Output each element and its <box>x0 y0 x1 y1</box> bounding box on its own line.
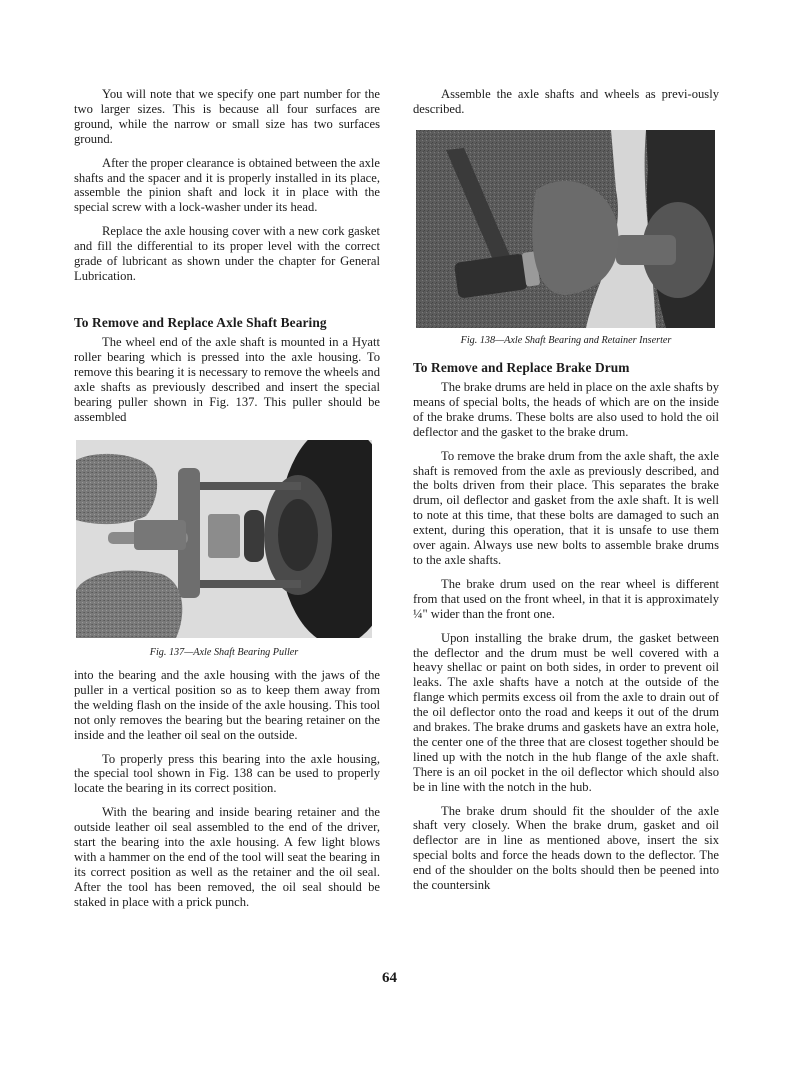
paragraph-assemble-shafts: Assemble the axle shafts and wheels as p… <box>413 87 719 117</box>
paragraph-install-brake-drum: Upon installing the brake drum, the gask… <box>413 631 719 795</box>
paragraph-rear-drum-width: The brake drum used on the rear wheel is… <box>413 577 719 622</box>
figure-138-caption-text: Fig. 138—Axle Shaft Bearing and Retainer… <box>461 335 672 346</box>
right-column-top-text: Assemble the axle shafts and wheels as p… <box>413 87 719 117</box>
paragraph-hyatt-bearing: The wheel end of the axle shaft is mount… <box>74 335 380 424</box>
paragraph-housing-cover: Replace the axle housing cover with a ne… <box>74 224 380 284</box>
paragraph-remove-brake-drum: To remove the brake drum from the axle s… <box>413 449 719 568</box>
left-column-section-intro: The wheel end of the axle shaft is mount… <box>74 335 380 424</box>
heading-brake-drum: To Remove and Replace Brake Drum <box>413 360 630 376</box>
right-column-brake-drum-text: The brake drums are held in place on the… <box>413 380 719 893</box>
figure-138-photo <box>416 130 715 328</box>
paragraph-press-bearing: To properly press this bearing into the … <box>74 752 380 797</box>
figure-137-photo <box>76 440 372 638</box>
figure-137-caption: Fig. 137—Axle Shaft Bearing Puller <box>76 647 372 659</box>
heading-axle-shaft-bearing: To Remove and Replace Axle Shaft Bearing <box>74 315 327 331</box>
figure-138-caption: Fig. 138—Axle Shaft Bearing and Retainer… <box>413 335 719 347</box>
paragraph-drum-shoulder: The brake drum should fit the shoulder o… <box>413 804 719 893</box>
paragraph-brake-drum-bolts: The brake drums are held in place on the… <box>413 380 719 440</box>
paragraph-clearance: After the proper clearance is obtained b… <box>74 156 380 216</box>
paragraph-start-bearing: With the bearing and inside bearing reta… <box>74 805 380 909</box>
paragraph-part-number: You will note that we specify one part n… <box>74 87 380 147</box>
paragraph-puller-jaws: into the bearing and the axle housing wi… <box>74 668 380 743</box>
page-number: 64 <box>382 970 397 986</box>
left-column-bottom-text: into the bearing and the axle housing wi… <box>74 668 380 910</box>
bearing-inserter-illustration <box>416 130 715 328</box>
figure-137-caption-text: Fig. 137—Axle Shaft Bearing Puller <box>150 647 299 658</box>
bearing-puller-illustration <box>76 440 372 638</box>
left-column-top-text: You will note that we specify one part n… <box>74 87 380 284</box>
